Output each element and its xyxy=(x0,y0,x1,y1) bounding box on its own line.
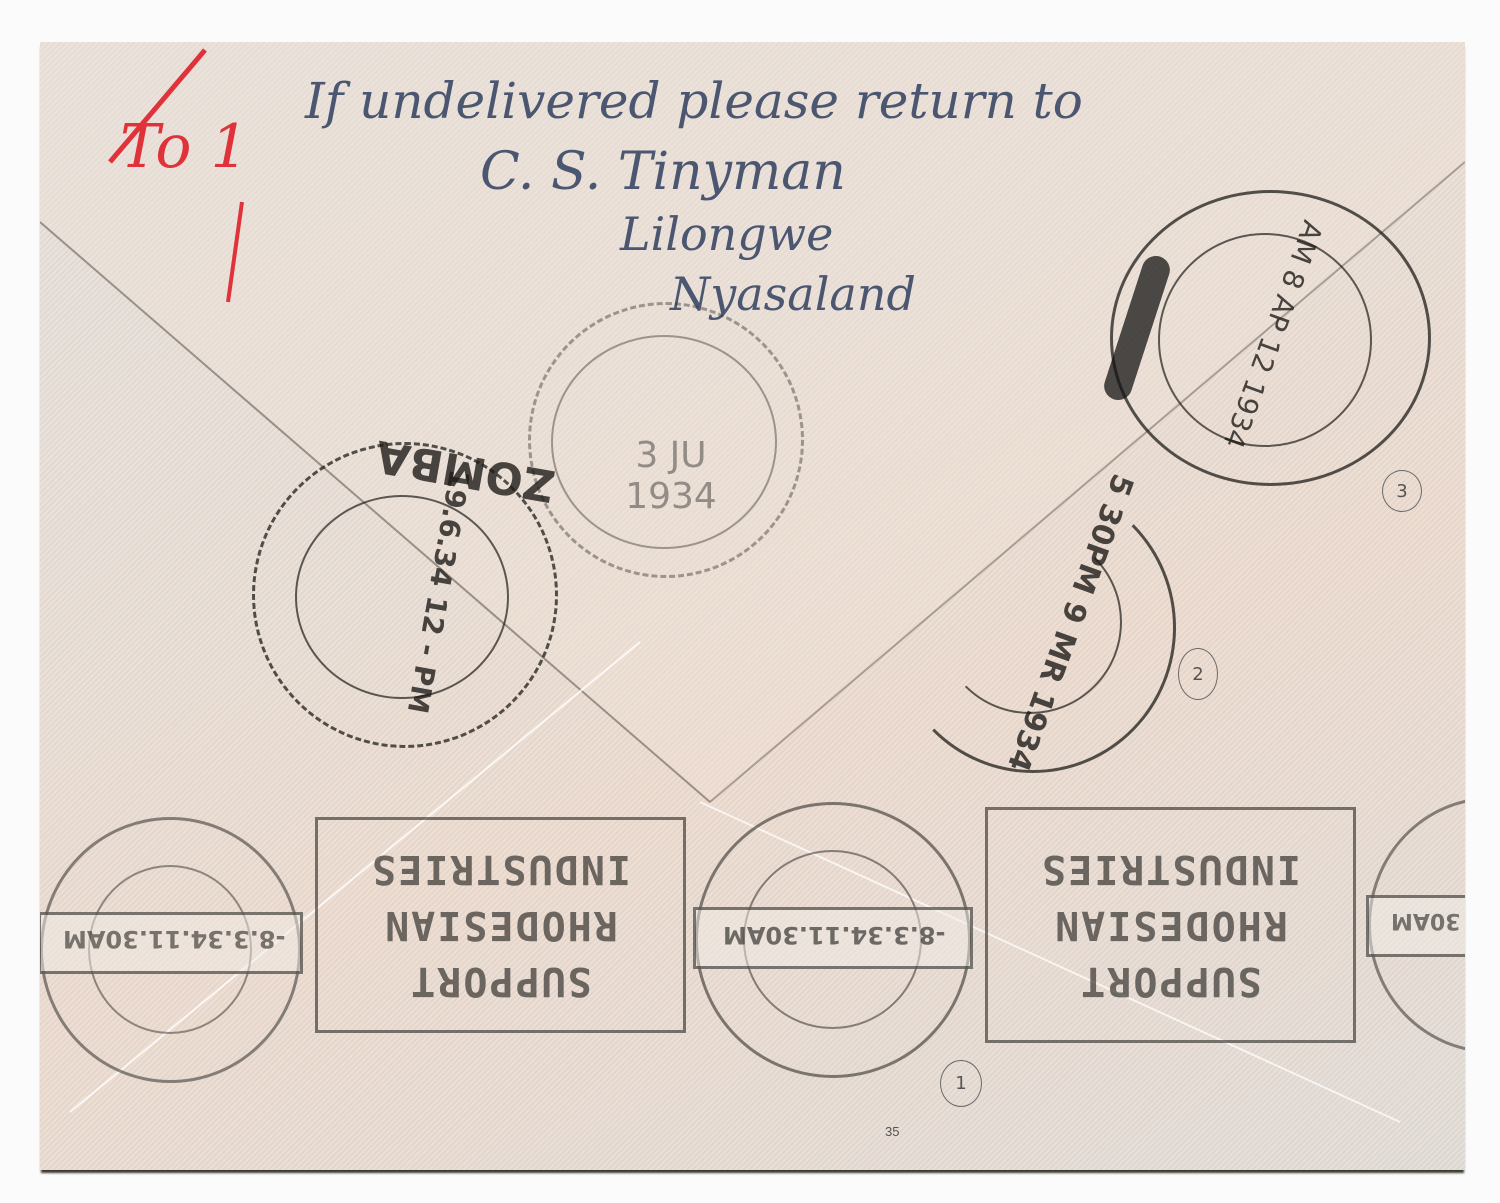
pencil-mark-1: 1 xyxy=(940,1060,982,1107)
handwritten-line-2: C. S. Tinyman xyxy=(480,142,846,202)
envelope-back: To 1 If undelivered please return to C. … xyxy=(40,42,1465,1170)
postmark-tanga: AM 8 AP 12 1934 xyxy=(1110,190,1431,486)
pencil-mark-3: 3 xyxy=(1382,470,1422,512)
red-strike-mark xyxy=(100,42,280,302)
handwritten-line-3: Lilongwe xyxy=(620,207,833,261)
postmark-salisbury-left: -8.3.34.11.30AM xyxy=(40,817,301,1083)
postmark-salisbury-center: -8.3.34.11.30AM xyxy=(695,802,971,1078)
slogan-cancel-left: SUPPORT RHODESIAN INDUSTRIES xyxy=(315,817,686,1033)
pencil-number: 35 xyxy=(885,1124,899,1139)
slogan-cancel-right: SUPPORT RHODESIAN INDUSTRIES xyxy=(985,807,1356,1043)
postmark-dar-es-salaam: 3 JU 1934 xyxy=(528,302,804,578)
handwritten-line-1: If undelivered please return to xyxy=(305,72,1083,130)
postmark-zomba: 19.6.34 12 - PM ZOMBA xyxy=(252,442,558,748)
pencil-mark-2: 2 xyxy=(1178,648,1218,700)
postmark-moshi: 5 30PM 9 MR 1934 xyxy=(890,482,1176,773)
